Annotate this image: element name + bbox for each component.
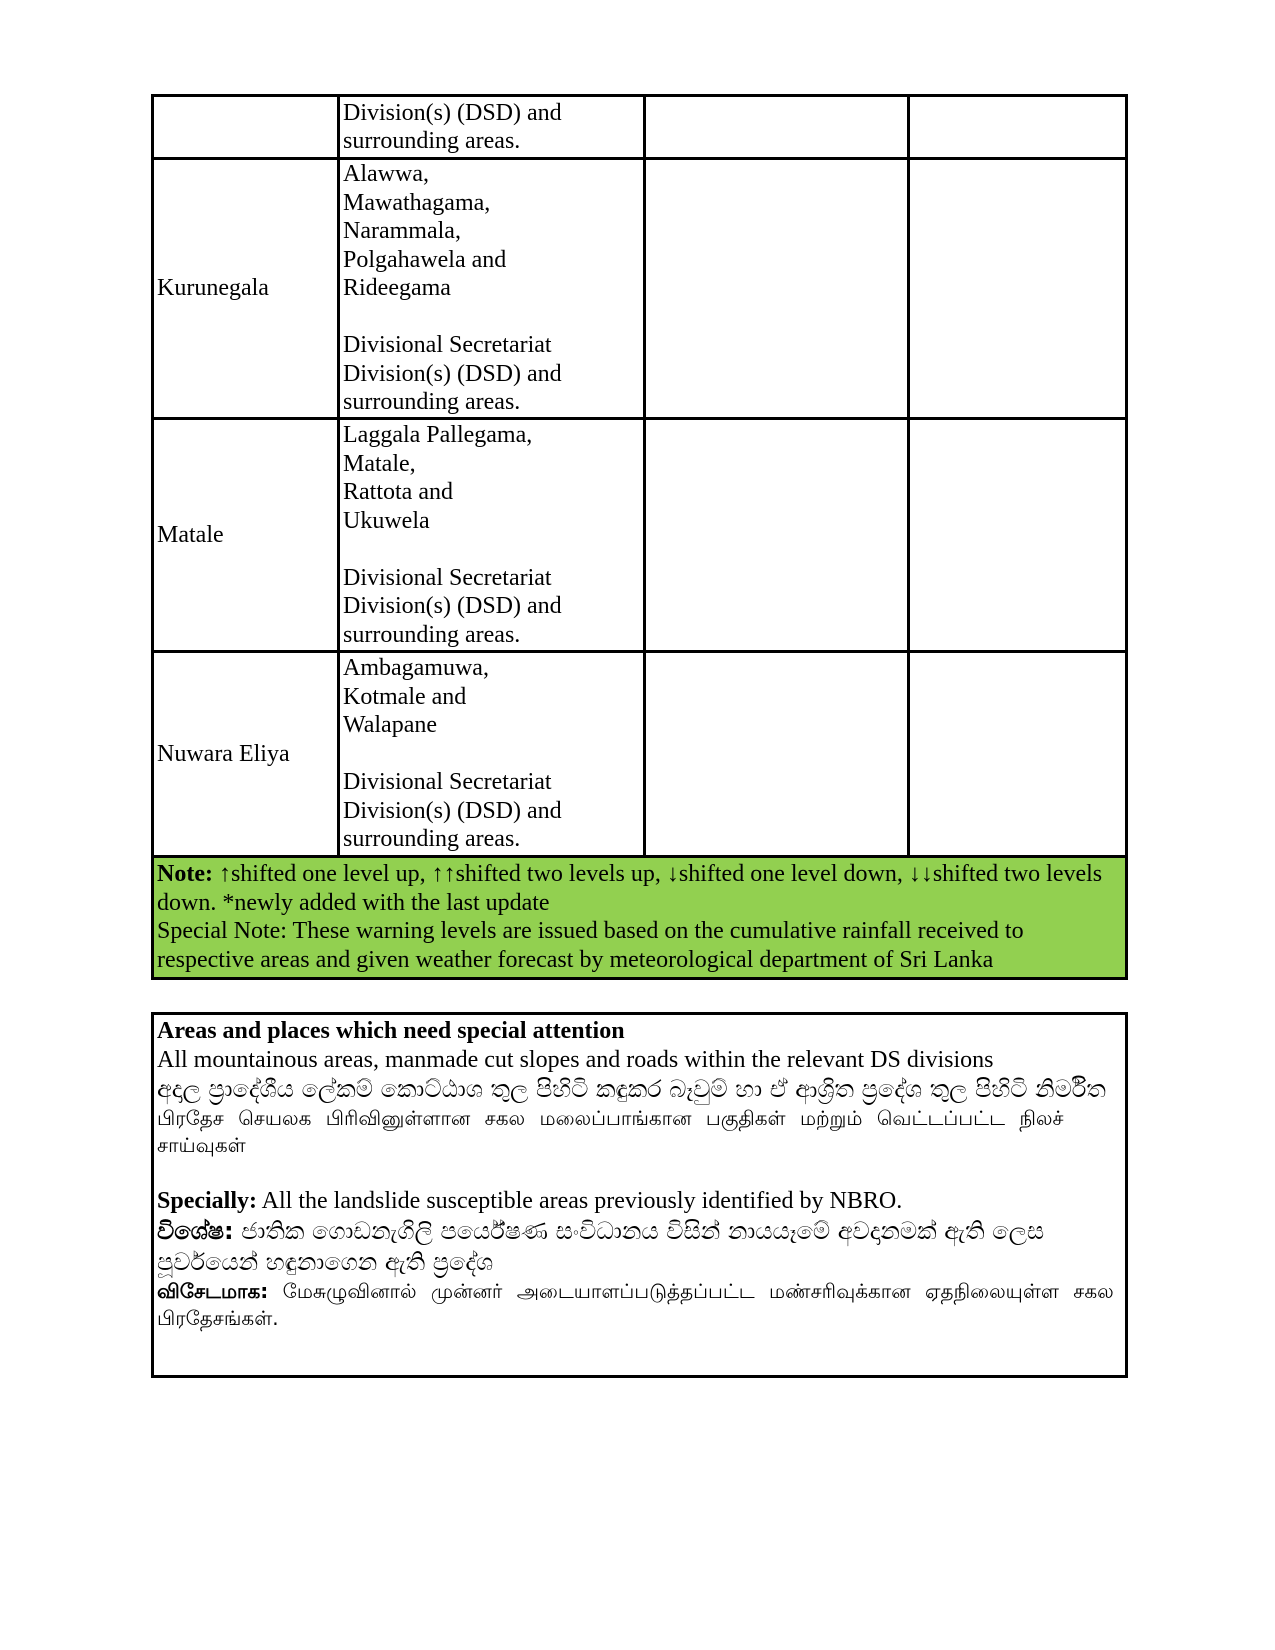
attention-english-text: All mountainous areas, manmade cut slope… xyxy=(157,1046,1125,1075)
specially-text: All the landslide susceptible areas prev… xyxy=(257,1188,902,1214)
specially-sinhala-label: විශේෂ: xyxy=(157,1217,234,1245)
document-page: Division(s) (DSD) and surrounding areas.… xyxy=(0,0,1275,1650)
special-attention-box: Areas and places which need special atte… xyxy=(151,1012,1128,1378)
ds-divisions-cell: Division(s) (DSD) and surrounding areas. xyxy=(339,96,645,159)
specially-tamil-text: மேசுழுவினால் முன்னர் அடையாளப்படுத்தப்பட்… xyxy=(157,1279,1114,1330)
empty-cell xyxy=(645,419,909,652)
specially-sinhala-line: විශේෂ: ජාතික ගොඩනැගිලි පර්යේෂණ සංවිධානය … xyxy=(157,1216,1125,1278)
empty-cell xyxy=(909,159,1127,419)
landslide-warning-table: Division(s) (DSD) and surrounding areas.… xyxy=(151,94,1128,980)
district-cell: Matale xyxy=(153,419,339,652)
special-note-text: Special Note: These warning levels are i… xyxy=(157,918,1024,973)
ds-divisions-cell: Laggala Pallegama, Matale, Rattota and U… xyxy=(339,419,645,652)
specially-sinhala-text: ජාතික ගොඩනැගිලි පර්යේෂණ සංවිධානය විසින් … xyxy=(157,1217,1044,1276)
district-cell: Nuwara Eliya xyxy=(153,652,339,857)
district-cell xyxy=(153,96,339,159)
district-cell: Kurunegala xyxy=(153,159,339,419)
note-text: ↑shifted one level up, ↑↑shifted two lev… xyxy=(157,861,1102,916)
specially-tamil-label: விசேடமாக: xyxy=(157,1279,268,1303)
table-row: Kurunegala Alawwa, Mawathagama, Narammal… xyxy=(153,159,1127,419)
note-label: Note: xyxy=(157,861,213,887)
table-row: Nuwara Eliya Ambagamuwa, Kotmale and Wal… xyxy=(153,652,1127,857)
attention-tamil-text: பிரதேச செயலக பிரிவினுள்ளான சகல மலைப்பாங்… xyxy=(157,1105,1125,1159)
note-row: Note: ↑shifted one level up, ↑↑shifted t… xyxy=(153,857,1127,979)
ds-divisions-cell: Ambagamuwa, Kotmale and Walapane Divisio… xyxy=(339,652,645,857)
empty-cell xyxy=(909,96,1127,159)
table-row: Matale Laggala Pallegama, Matale, Rattot… xyxy=(153,419,1127,652)
specially-tamil-line: விசேடமாக: மேசுழுவினால் முன்னர் அடையாளப்ப… xyxy=(157,1278,1125,1332)
empty-cell xyxy=(645,96,909,159)
empty-cell xyxy=(909,652,1127,857)
table-row: Division(s) (DSD) and surrounding areas. xyxy=(153,96,1127,159)
empty-cell xyxy=(645,652,909,857)
empty-cell xyxy=(645,159,909,419)
attention-title: Areas and places which need special atte… xyxy=(157,1017,1125,1046)
ds-divisions-cell: Alawwa, Mawathagama, Narammala, Polgahaw… xyxy=(339,159,645,419)
specially-english-line: Specially: All the landslide susceptible… xyxy=(157,1187,1125,1216)
note-cell: Note: ↑shifted one level up, ↑↑shifted t… xyxy=(153,857,1127,979)
specially-label: Specially: xyxy=(157,1188,257,1214)
spacer xyxy=(157,1159,1125,1187)
empty-cell xyxy=(909,419,1127,652)
attention-sinhala-text: අදාල ප්‍රාදේශීය ලේකම් කොට්ඨාශ තුල පිහිටි… xyxy=(157,1074,1125,1105)
